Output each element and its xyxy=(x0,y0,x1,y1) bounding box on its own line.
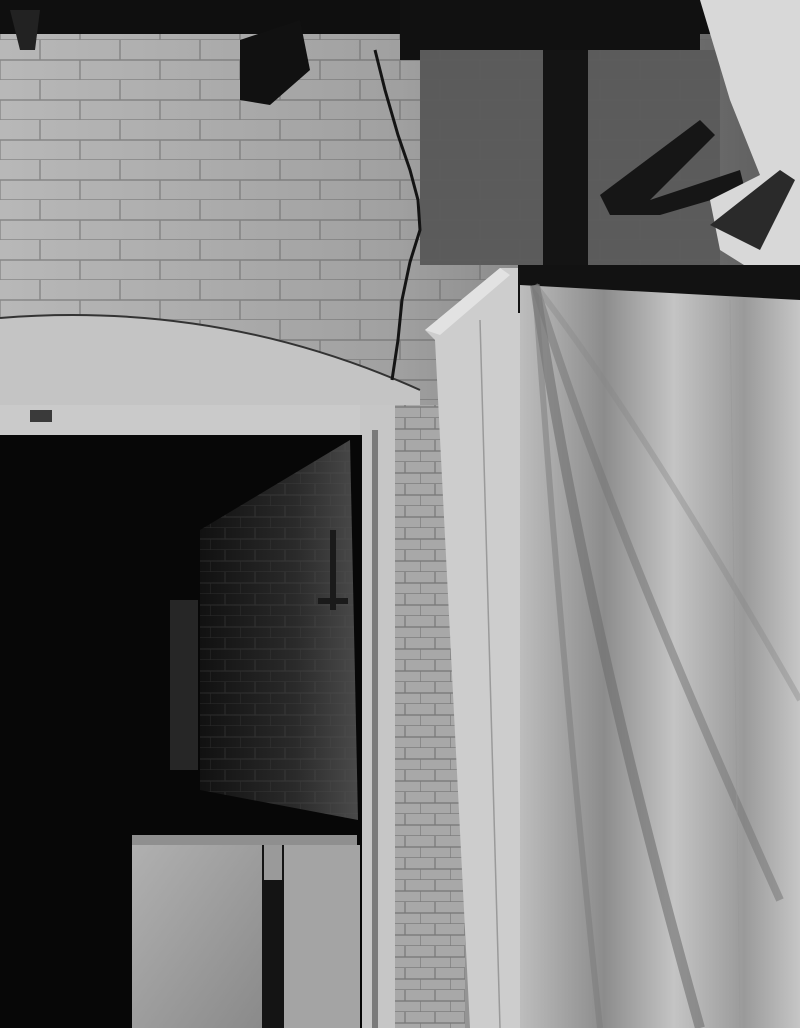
hinge xyxy=(30,410,52,422)
draped-cloth xyxy=(520,285,800,1028)
photograph: Black-and-white photograph of a cracked … xyxy=(0,0,800,1028)
inner-door xyxy=(132,835,360,1028)
pipe-shadow xyxy=(543,50,588,265)
photo-canvas xyxy=(0,0,800,1028)
